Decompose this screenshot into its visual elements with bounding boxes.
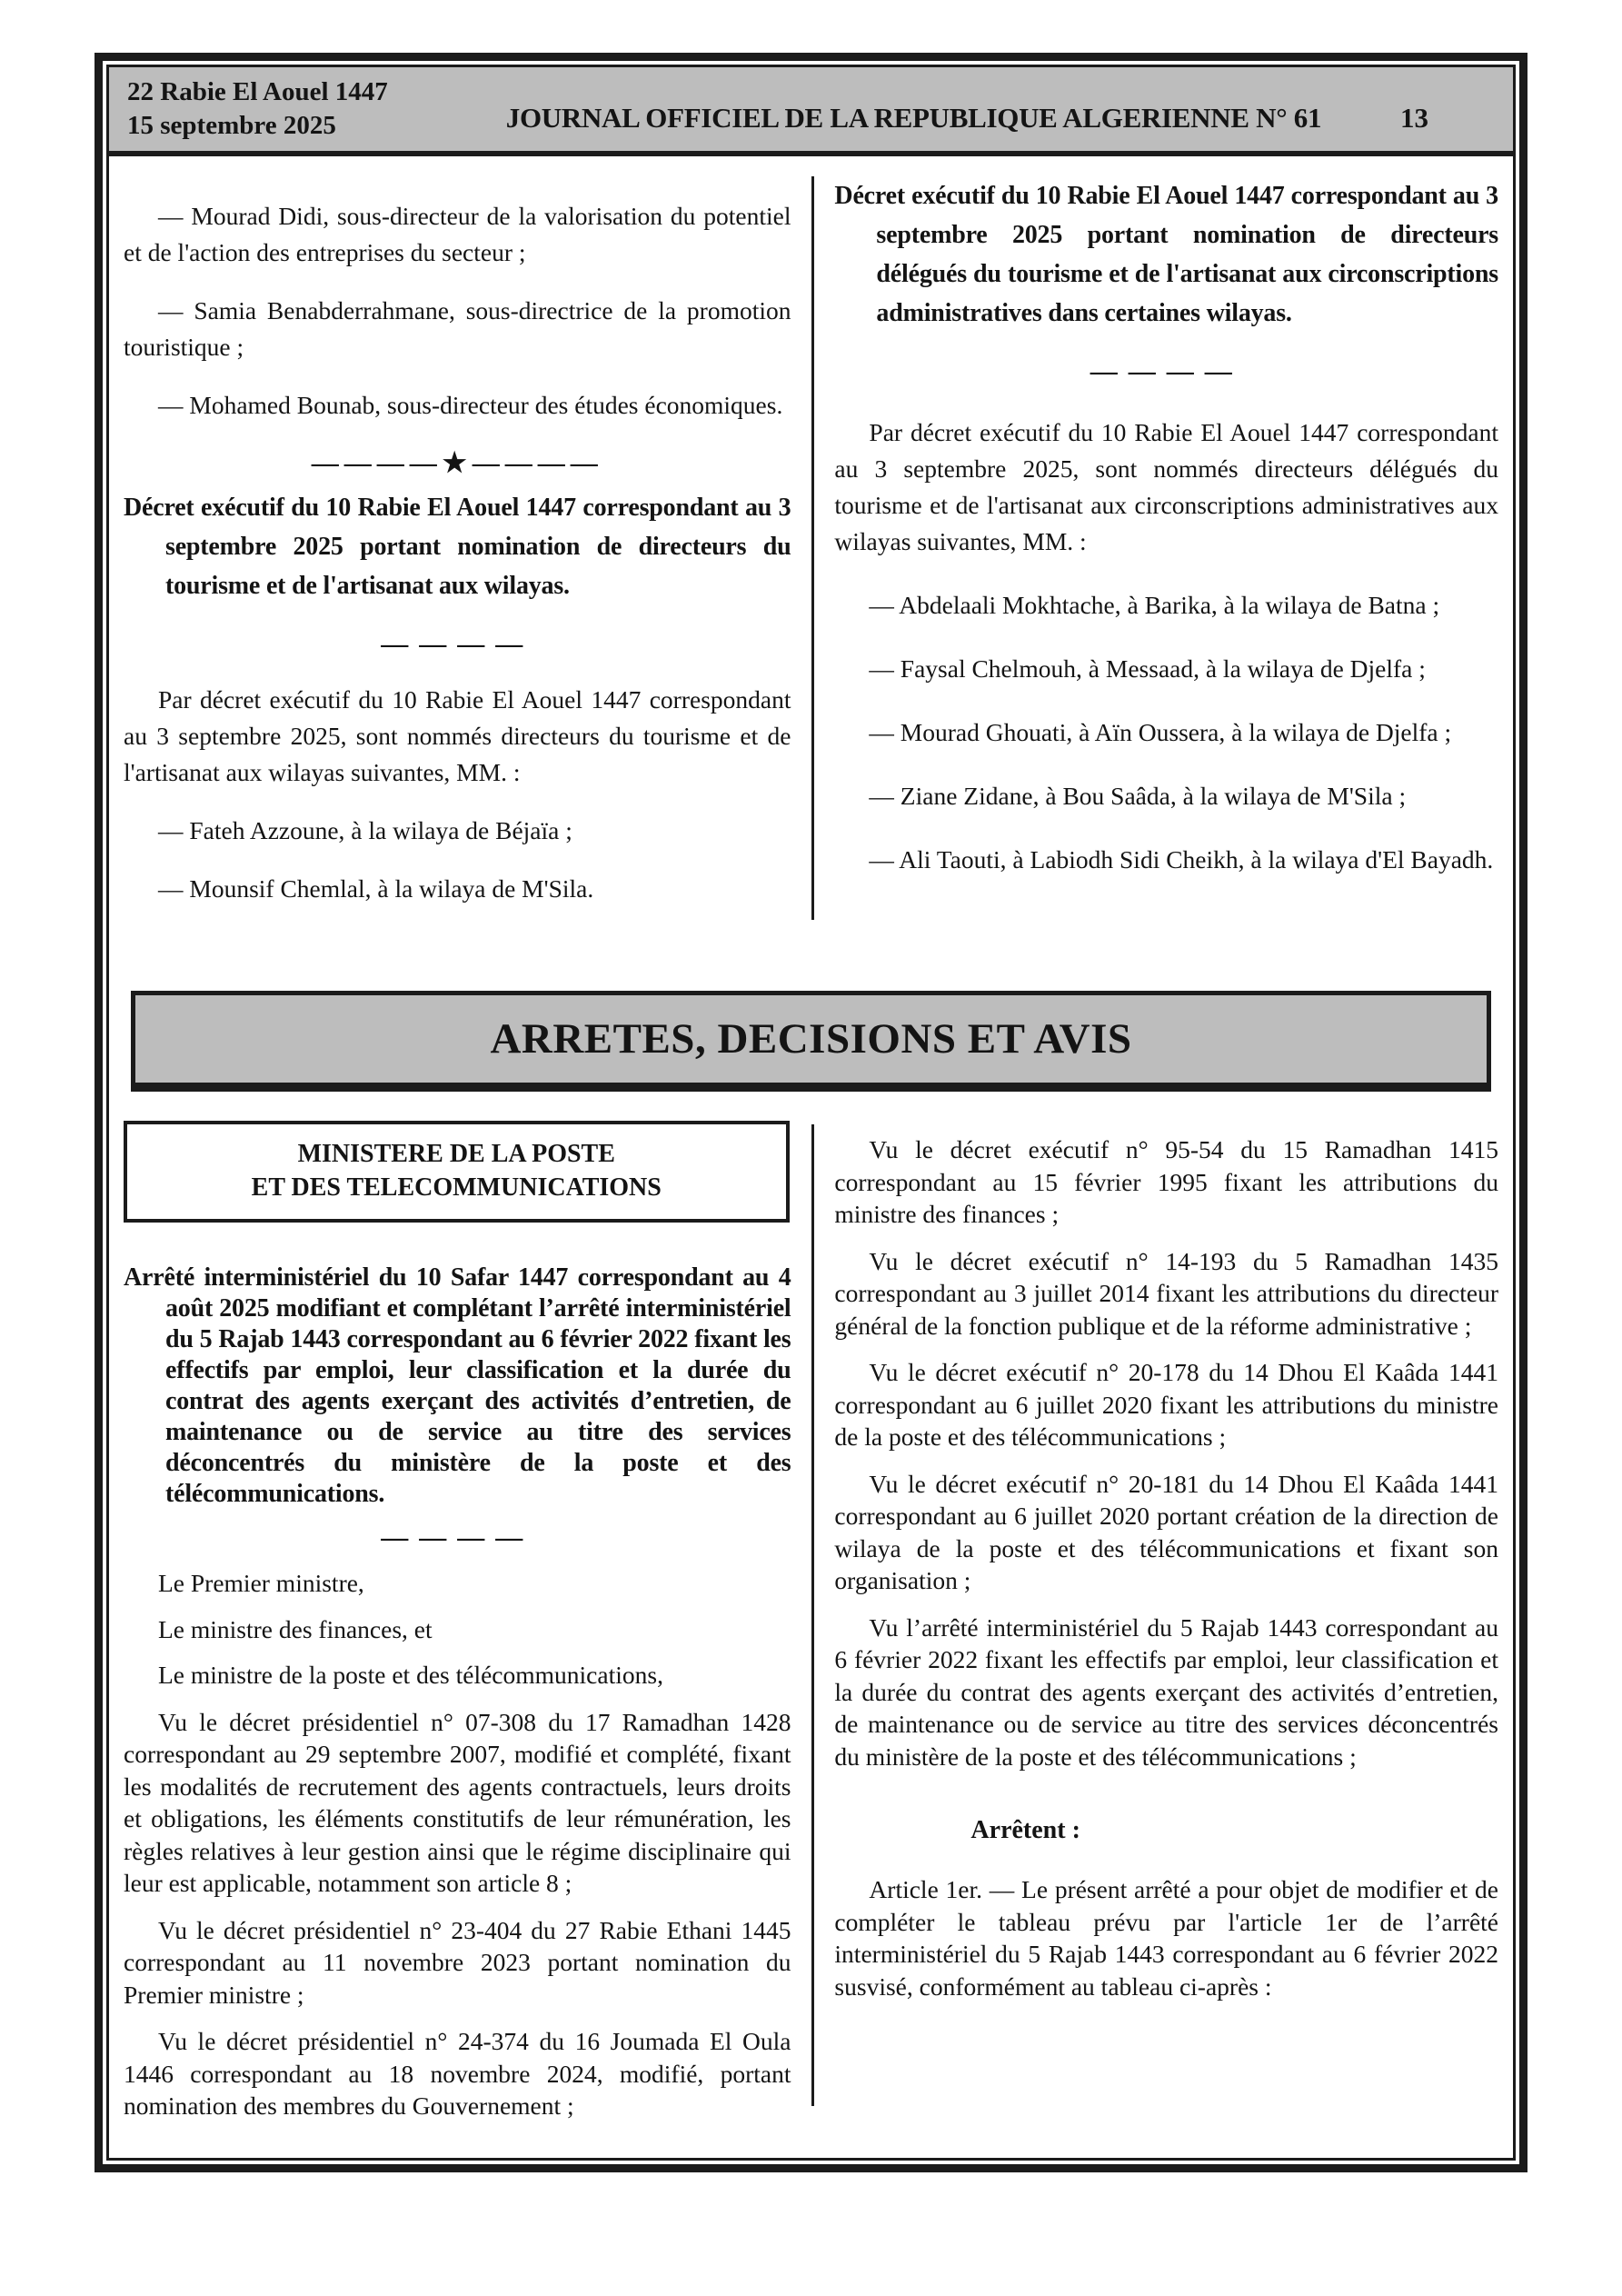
paragraph: Vu le décret exécutif n° 95-54 du 15 Ram…	[834, 1133, 1498, 1231]
list-item: — Ali Taouti, à Labiodh Sidi Cheikh, à l…	[834, 842, 1498, 878]
page-frame-inner: 22 Rabie El Aouel 1447 15 septembre 2025…	[106, 65, 1516, 2161]
paragraph: Vu l’arrêté interministériel du 5 Rajab …	[834, 1612, 1498, 1773]
decree-heading: Décret exécutif du 10 Rabie El Aouel 144…	[124, 488, 791, 605]
arretent-label: Arrêtent :	[970, 1814, 1498, 1846]
paragraph: Par décret exécutif du 10 Rabie El Aouel…	[124, 682, 791, 791]
paragraph: Vu le décret exécutif n° 20-178 du 14 Dh…	[834, 1356, 1498, 1453]
article-paragraph: Article 1er. — Le présent arrêté a pour …	[834, 1873, 1498, 2002]
dash-separator: ————	[124, 1522, 791, 1553]
paragraph: Le ministre des finances, et	[124, 1613, 791, 1646]
paragraph: Vu le décret présidentiel n° 24-374 du 1…	[124, 2025, 791, 2122]
journal-officiel-page: 22 Rabie El Aouel 1447 15 septembre 2025…	[0, 0, 1622, 2296]
date-gregorian: 15 septembre 2025	[127, 109, 427, 143]
column-divider	[811, 176, 815, 920]
page-number: 13	[1400, 84, 1513, 135]
bottom-right-column: Vu le décret exécutif n° 95-54 du 15 Ram…	[832, 1119, 1498, 2122]
paragraph: Vu le décret exécutif n° 20-181 du 14 Dh…	[834, 1468, 1498, 1597]
paragraph: — Mohamed Bounab, sous-directeur des étu…	[124, 387, 791, 424]
star-separator: ————★————	[124, 447, 791, 479]
ministry-box-line2: ET DES TELECOMMUNICATIONS	[134, 1171, 779, 1204]
dash-separator: ————	[834, 356, 1498, 387]
list-item: — Abdelaali Mokhtache, à Barika, à la wi…	[834, 587, 1498, 624]
section-top: — Mourad Didi, sous-directeur de la valo…	[109, 176, 1513, 976]
column-divider	[811, 1124, 815, 2106]
ministry-box: MINISTERE DE LA POSTE ET DES TELECOMMUNI…	[124, 1121, 790, 1223]
page-frame: 22 Rabie El Aouel 1447 15 septembre 2025…	[95, 53, 1527, 2172]
section-bottom: MINISTERE DE LA POSTE ET DES TELECOMMUNI…	[109, 1119, 1513, 2122]
decree-heading: Décret exécutif du 10 Rabie El Aouel 144…	[834, 176, 1498, 333]
paragraph: Vu le décret exécutif n° 14-193 du 5 Ram…	[834, 1245, 1498, 1343]
paragraph: — Mourad Didi, sous-directeur de la valo…	[124, 198, 791, 271]
top-left-column: — Mourad Didi, sous-directeur de la valo…	[124, 176, 793, 976]
arrete-heading: Arrêté interministériel du 10 Safar 1447…	[124, 1263, 791, 1510]
header-dates: 22 Rabie El Aouel 1447 15 septembre 2025	[109, 75, 427, 143]
ministry-box-line1: MINISTERE DE LA POSTE	[134, 1137, 779, 1171]
paragraph: Par décret exécutif du 10 Rabie El Aouel…	[834, 414, 1498, 560]
page-header: 22 Rabie El Aouel 1447 15 septembre 2025…	[109, 67, 1513, 156]
dash-separator: ————	[124, 629, 791, 660]
top-right-column: Décret exécutif du 10 Rabie El Aouel 144…	[832, 176, 1498, 976]
bottom-left-column: MINISTERE DE LA POSTE ET DES TELECOMMUNI…	[124, 1119, 793, 2122]
list-item: — Fateh Azzoune, à la wilaya de Béjaïa ;	[124, 813, 791, 849]
list-item: — Ziane Zidane, à Bou Saâda, à la wilaya…	[834, 778, 1498, 814]
banner-title: ARRETES, DECISIONS ET AVIS	[490, 1014, 1131, 1063]
paragraph: Le Premier ministre,	[124, 1567, 791, 1600]
paragraph: — Samia Benabderrahmane, sous-directrice…	[124, 293, 791, 365]
journal-title: JOURNAL OFFICIEL DE LA REPUBLIQUE ALGERI…	[427, 84, 1400, 135]
paragraph: Vu le décret présidentiel n° 07-308 du 1…	[124, 1706, 791, 1900]
list-item: — Mourad Ghouati, à Aïn Oussera, à la wi…	[834, 714, 1498, 751]
list-item: — Faysal Chelmouh, à Messaad, à la wilay…	[834, 651, 1498, 687]
paragraph: Le ministre de la poste et des télécommu…	[124, 1659, 791, 1692]
paragraph: Vu le décret présidentiel n° 23-404 du 2…	[124, 1914, 791, 2011]
list-item: — Mounsif Chemlal, à la wilaya de M'Sila…	[124, 871, 791, 907]
date-hijri: 22 Rabie El Aouel 1447	[127, 75, 427, 109]
section-banner: ARRETES, DECISIONS ET AVIS	[131, 991, 1491, 1092]
